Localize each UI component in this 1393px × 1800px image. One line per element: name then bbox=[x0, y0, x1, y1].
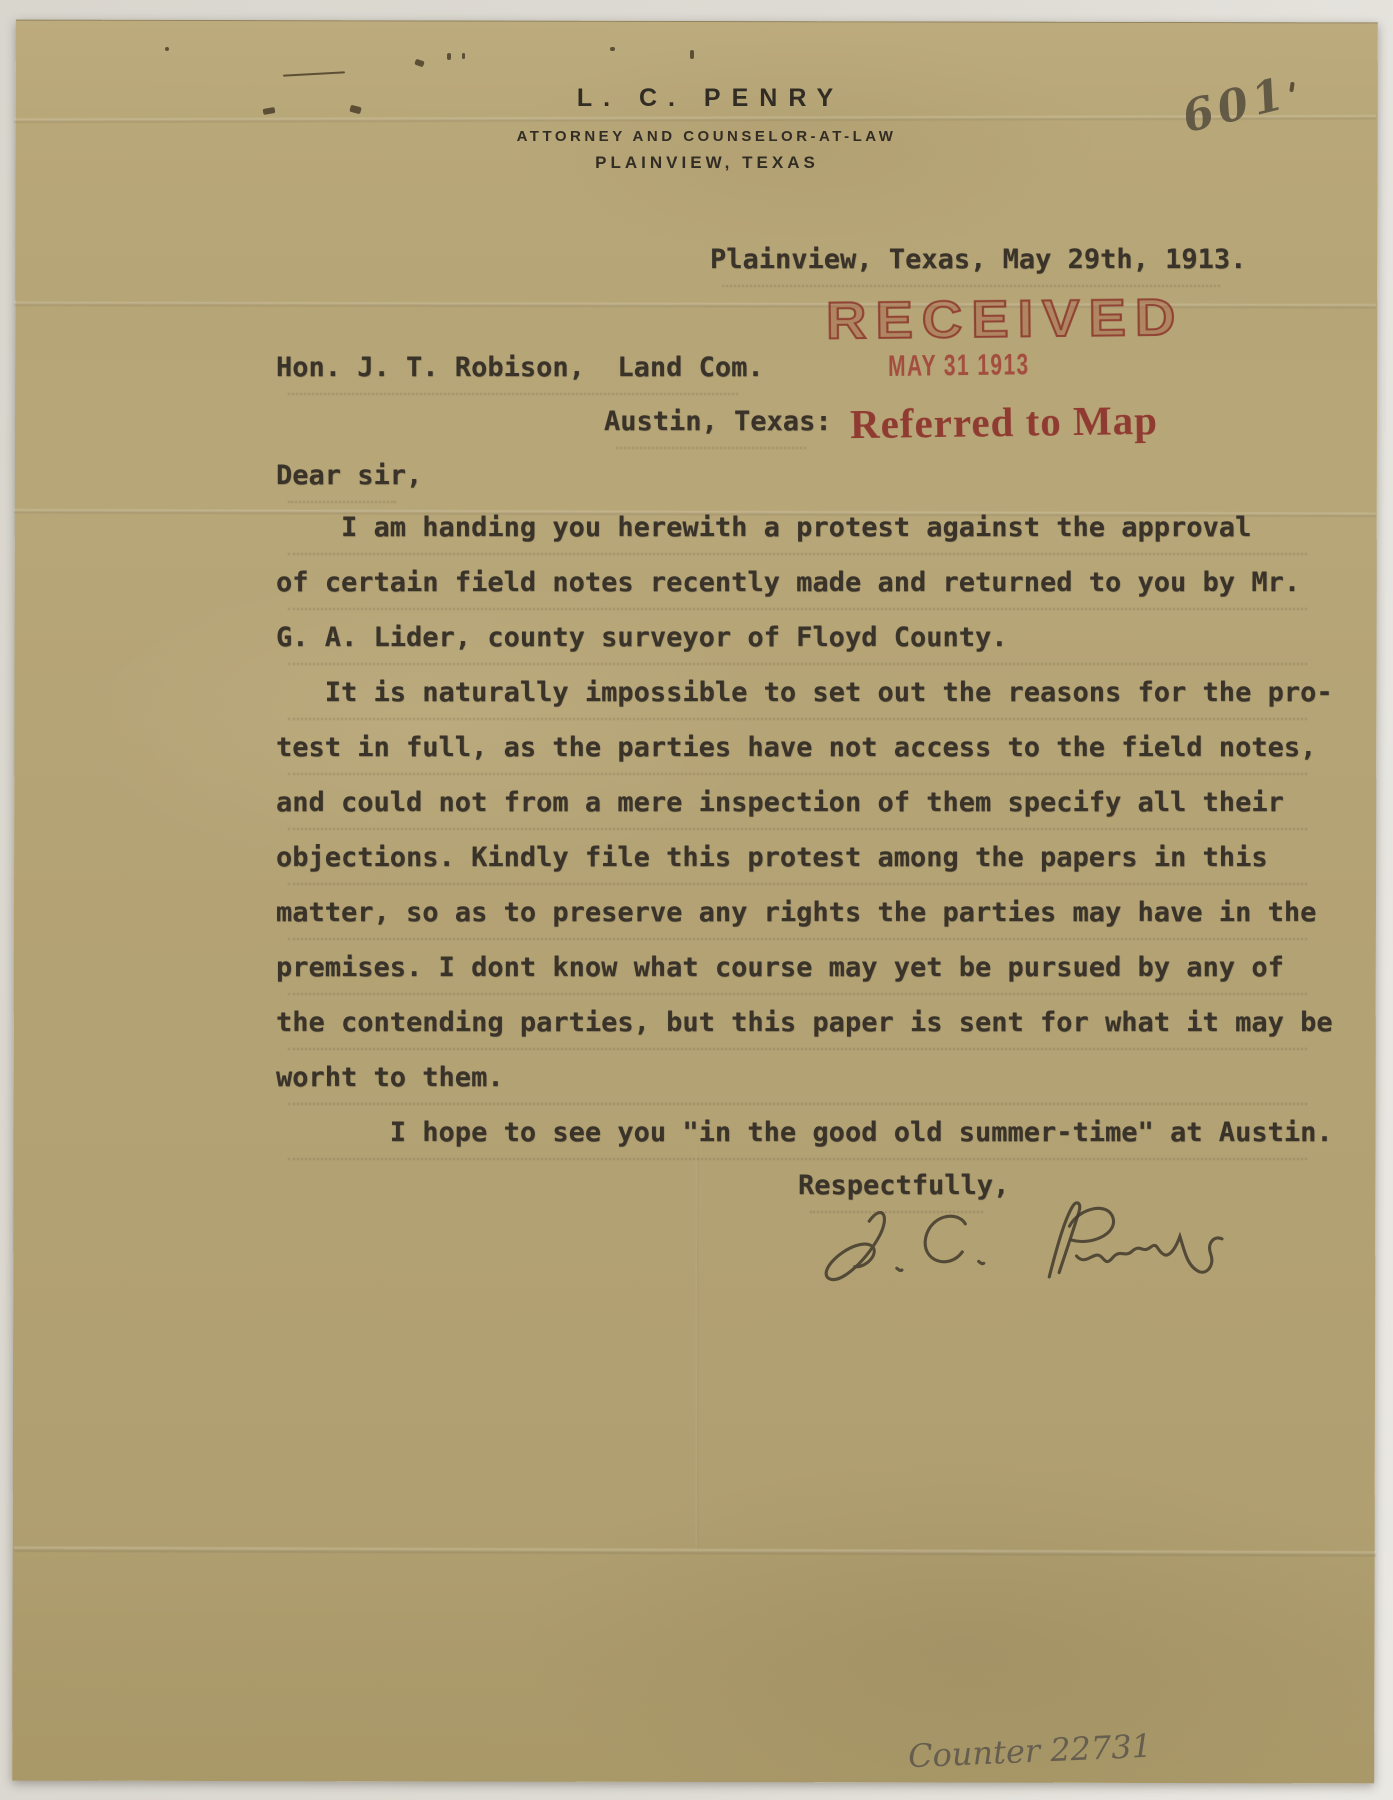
received-date-stamp: MAY 31 1913 bbox=[888, 348, 1030, 384]
typed-body-line: of certain field notes recently made and… bbox=[276, 567, 1333, 622]
salutation: Dear sir, bbox=[276, 460, 422, 491]
typed-body-line: test in full, as the parties have not ac… bbox=[276, 732, 1333, 787]
typed-body-line: It is naturally impossible to set out th… bbox=[276, 677, 1333, 732]
dateline: Plainview, Texas, May 29th, 1913. bbox=[710, 244, 1246, 275]
letterhead-city: PLAINVIEW, TEXAS bbox=[500, 153, 910, 173]
typed-body-line: I am handing you herewith a protest agai… bbox=[276, 512, 1333, 567]
fold-crease-vertical bbox=[696, 1150, 698, 1550]
paper-speck bbox=[447, 53, 451, 60]
recipient-line-1: Hon. J. T. Robison, Land Com. bbox=[276, 352, 764, 383]
scanned-letter-page: L. C. PENRY ATTORNEY AND COUNSELOR-AT-LA… bbox=[0, 0, 1393, 1800]
typed-body-line: I hope to see you "in the good old summe… bbox=[276, 1117, 1333, 1172]
received-stamp: RECEIVED bbox=[826, 287, 1185, 351]
paper-speck bbox=[610, 47, 615, 51]
referred-to-map-stamp: Referred to Map bbox=[850, 396, 1159, 448]
paper-speck bbox=[165, 47, 169, 51]
signature-handwriting bbox=[806, 1175, 1230, 1310]
typed-body-line: and could not from a mere inspection of … bbox=[276, 787, 1333, 842]
letter-body: I am handing you herewith a protest agai… bbox=[276, 512, 1333, 1172]
paper-speck bbox=[462, 53, 465, 59]
typed-body-line: G. A. Lider, county surveyor of Floyd Co… bbox=[276, 622, 1333, 677]
typed-body-line: the contending parties, but this paper i… bbox=[276, 1007, 1333, 1062]
typed-body-line: objections. Kindly file this protest amo… bbox=[276, 842, 1333, 897]
typed-body-line: matter, so as to preserve any rights the… bbox=[276, 897, 1333, 952]
letterhead: L. C. PENRY ATTORNEY AND COUNSELOR-AT-LA… bbox=[500, 84, 910, 173]
letterhead-name: L. C. PENRY bbox=[500, 84, 910, 113]
typed-body-line: worht to them. bbox=[276, 1062, 1333, 1117]
recipient-line-2: Austin, Texas: bbox=[604, 406, 832, 437]
paper-speck bbox=[690, 50, 694, 59]
letterhead-title: ATTORNEY AND COUNSELOR-AT-LAW bbox=[500, 128, 910, 145]
typed-body-line: premises. I dont know what course may ye… bbox=[276, 952, 1333, 1007]
